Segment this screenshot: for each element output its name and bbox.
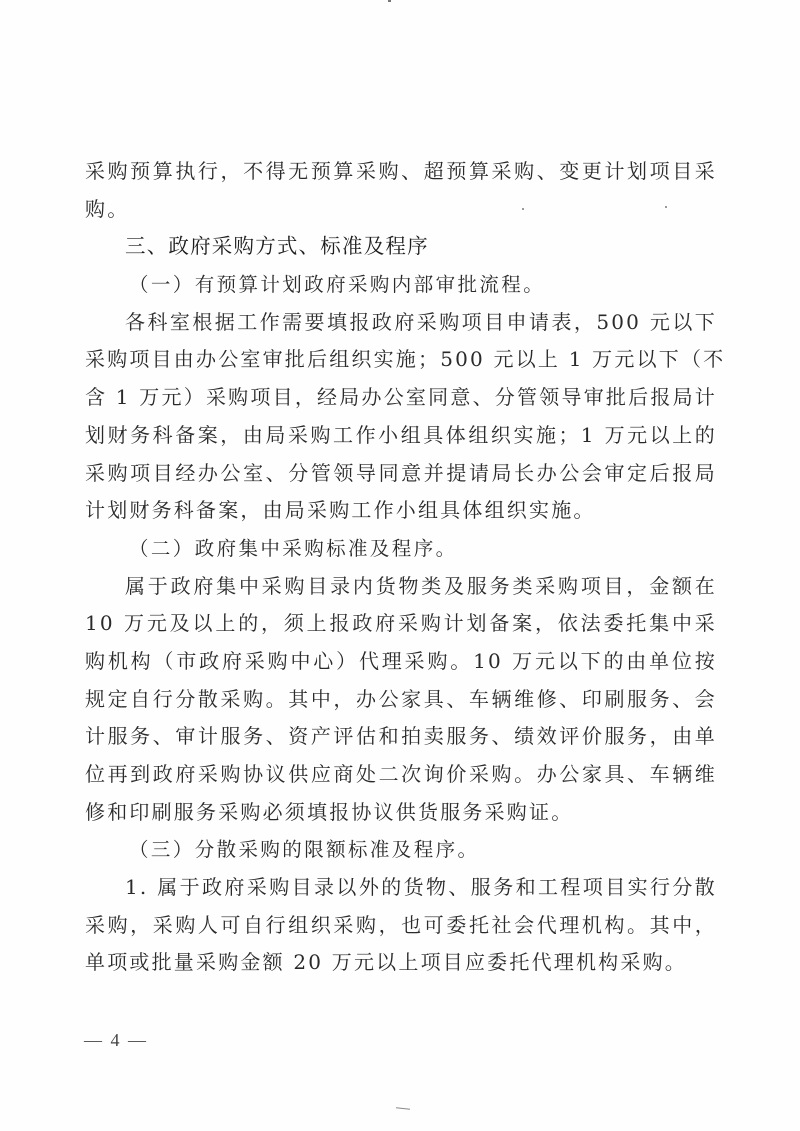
paragraph-line: 各科室根据工作需要填报政府采购项目申请表，500 元以下 (85, 304, 717, 342)
paragraph-line: 划财务科备案，由局采购工作小组具体组织实施；1 万元以上的 (85, 417, 717, 455)
paragraph-line: 计服务、审计服务、资产评估和拍卖服务、绩效评价服务，由单 (85, 718, 717, 756)
paragraph-line: 采购预算执行，不得无预算采购、超预算采购、变更计划项目采 (85, 153, 717, 191)
paragraph-line: 采购项目经办公室、分管领导同意并提请局长办公会审定后报局 (85, 455, 717, 493)
paragraph-line: 采购项目由办公室审批后组织实施；500 元以上 1 万元以下（不 (85, 341, 717, 379)
subsection-heading: （二）政府集中采购标准及程序。 (85, 530, 717, 568)
scan-artifact (388, 0, 391, 2)
subsection-heading: （三）分散采购的限额标准及程序。 (85, 831, 717, 869)
paragraph-line: 购机构（市政府采购中心）代理采购。10 万元以下的由单位按 (85, 643, 717, 681)
paragraph-line: 购。 (85, 191, 717, 229)
page-number: — 4 — (84, 1030, 148, 1051)
paragraph-line: 位再到政府采购协议供应商处二次询价采购。办公家具、车辆维 (85, 756, 717, 794)
paragraph-line: 1. 属于政府采购目录以外的货物、服务和工程项目实行分散 (85, 869, 717, 907)
paragraph-line: 10 万元及以上的，须上报政府采购计划备案，依法委托集中采 (85, 605, 717, 643)
paragraph-line: 采购，采购人可自行组织采购，也可委托社会代理机构。其中， (85, 907, 717, 945)
paragraph-line: 计划财务科备案，由局采购工作小组具体组织实施。 (85, 492, 717, 530)
paragraph-line: 含 1 万元）采购项目，经局办公室同意、分管领导审批后报局计 (85, 379, 717, 417)
paragraph-line: 单项或批量采购金额 20 万元以上项目应委托代理机构采购。 (85, 944, 717, 982)
section-heading: 三、政府采购方式、标准及程序 (85, 228, 717, 266)
paragraph-line: 属于政府集中采购目录内货物类及服务类采购项目，金额在 (85, 568, 717, 606)
document-body: 采购预算执行，不得无预算采购、超预算采购、变更计划项目采 购。 三、政府采购方式… (85, 153, 717, 982)
scan-artifact (396, 1107, 410, 1109)
subsection-heading: （一）有预算计划政府采购内部审批流程。 (85, 266, 717, 304)
document-page: 采购预算执行，不得无预算采购、超预算采购、变更计划项目采 购。 三、政府采购方式… (0, 0, 800, 1131)
paragraph-line: 修和印刷服务采购必须填报协议供货服务采购证。 (85, 794, 717, 832)
paragraph-line: 规定自行分散采购。其中，办公家具、车辆维修、印刷服务、会 (85, 681, 717, 719)
